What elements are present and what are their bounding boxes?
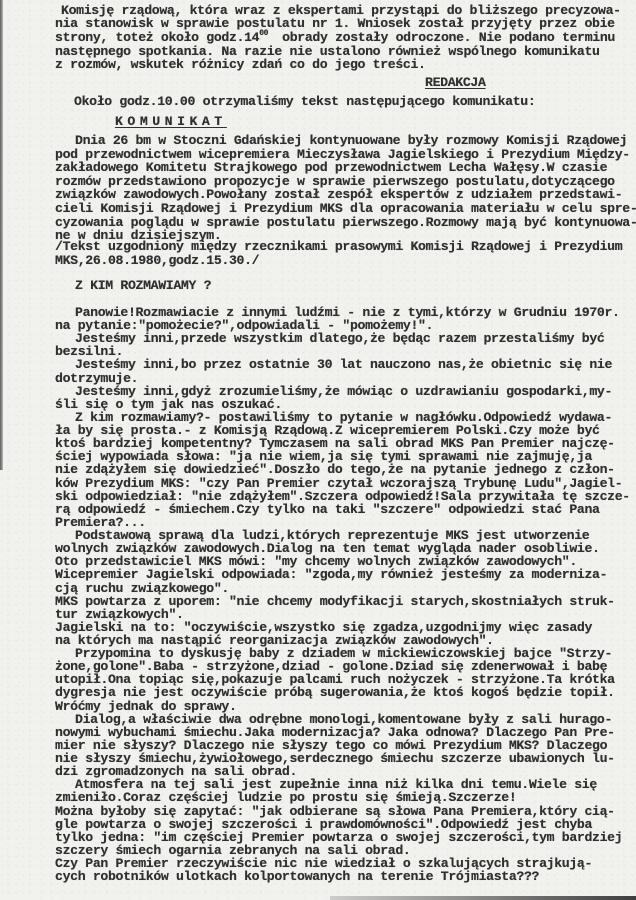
time-superscript: 00 [259,29,268,38]
body-line: cych robotników ulotkach kolportowanych … [55,870,539,884]
note-line: MKS,26.08.1980,godz.15.30./ [55,254,259,268]
intro-line-part: strony, toteż około godz.14 [55,30,259,45]
intro-line: nia stanowisk w sprawie postulatu nr 1. … [55,17,615,31]
section-title: Z KIM ROZMAWIAMY ? [75,279,211,293]
note-line: /Tekst uzgodniony między rzecznikami pra… [55,240,622,254]
page-edge-shadow [0,0,3,470]
communique-title: KOMUNIKAT [115,115,227,129]
received-line: Około godz.10.00 otrzymaliśmy tekst nast… [74,95,535,109]
signature-redakcja: REDAKCJA [425,76,486,90]
communique-line: Dnia 26 bm w Stoczni Gdańskiej kontynuow… [75,134,627,148]
body-line: Jesteśmy inni,przede wszystkim dlatego,ż… [75,332,604,346]
typewritten-page: Komisję rządową, która wraz z ekspertami… [0,0,636,900]
body-line: Jesteśmy inni,bo przez ostatnie 30 lat n… [75,358,612,372]
page-bottom-edge [330,896,636,900]
intro-line: strony, toteż około godz.1400obrady zost… [55,31,615,45]
communique-line: cieli Komisji Rządowej i Prezydium MKS d… [55,202,636,216]
intro-line: z rozmów, wskutek różnicy zdań co do jeg… [55,58,426,72]
intro-line-part: obrady zostały odroczone. Nie podano ter… [268,30,615,45]
